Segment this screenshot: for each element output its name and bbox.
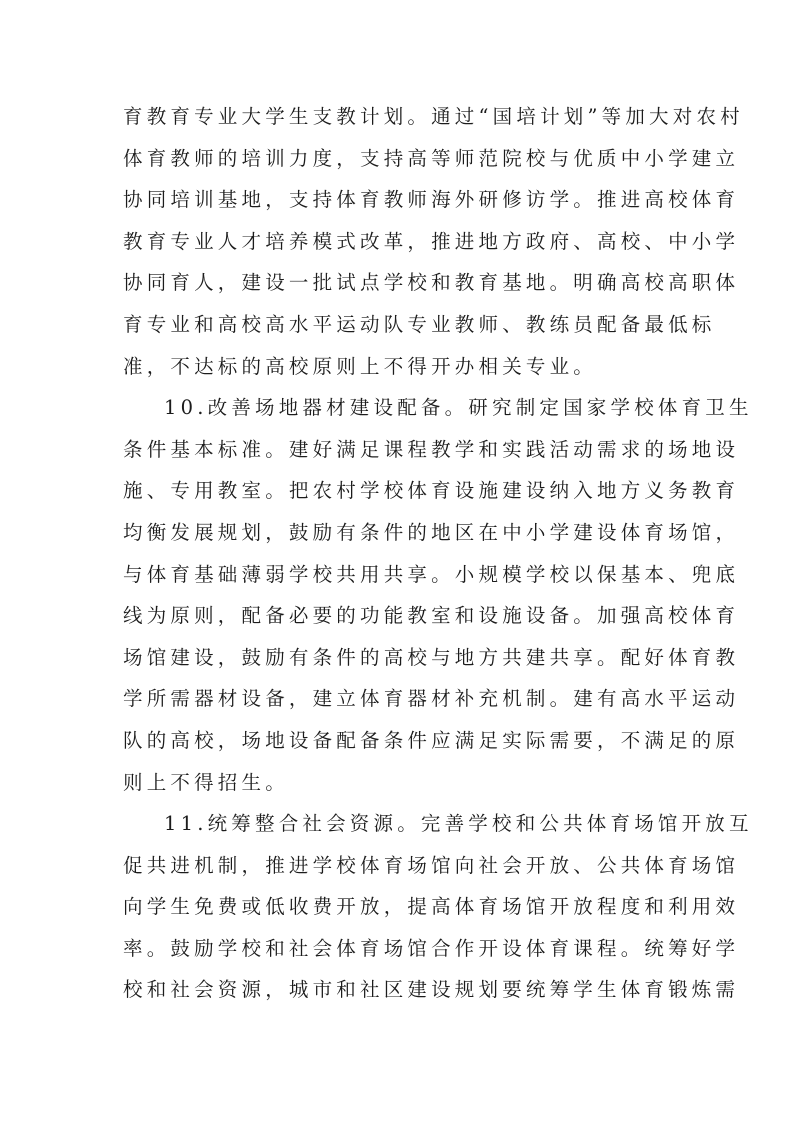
text-line: 学所需器材设备，建立体育器材补充机制。建有高水平运动 (123, 678, 675, 720)
text-line: 向学生免费或低收费开放，提高体育场馆开放程度和利用效 (123, 886, 675, 928)
text-line: 场馆建设，鼓励有条件的高校与地方共建共享。配好体育教 (123, 637, 675, 679)
text-line: 育专业和高校高水平运动队专业教师、教练员配备最低标 (123, 304, 675, 346)
text-line: 线为原则，配备必要的功能教室和设施设备。加强高校体育 (123, 595, 675, 637)
text-line: 教育专业人才培养模式改革，推进地方政府、高校、中小学 (123, 221, 675, 263)
text-line: 校和社会资源，城市和社区建设规划要统筹学生体育锻炼需 (123, 969, 675, 1011)
text-line: 队的高校，场地设备配备条件应满足实际需要，不满足的原 (123, 720, 675, 762)
text-line: 育教育专业大学生支教计划。通过“国培计划”等加大对农村 (123, 96, 675, 138)
text-line: 条件基本标准。建好满足课程教学和实践活动需求的场地设 (123, 429, 675, 471)
item-heading-line: 10.改善场地器材建设配备。研究制定国家学校体育卫生 (123, 387, 675, 429)
item-heading-line: 11.统筹整合社会资源。完善学校和公共体育场馆开放互 (123, 803, 675, 845)
paragraph-continued: 育教育专业大学生支教计划。通过“国培计划”等加大对农村 体育教师的培训力度，支持… (123, 96, 675, 387)
paragraph-item-10: 10.改善场地器材建设配备。研究制定国家学校体育卫生 条件基本标准。建好满足课程… (123, 387, 675, 803)
text-line: 则上不得招生。 (123, 762, 675, 804)
document-page: 育教育专业大学生支教计划。通过“国培计划”等加大对农村 体育教师的培训力度，支持… (123, 96, 675, 1011)
text-line: 均衡发展规划，鼓励有条件的地区在中小学建设体育场馆， (123, 512, 675, 554)
text-line: 协同培训基地，支持体育教师海外研修访学。推进高校体育 (123, 179, 675, 221)
text-line: 体育教师的培训力度，支持高等师范院校与优质中小学建立 (123, 138, 675, 180)
text-line: 与体育基础薄弱学校共用共享。小规模学校以保基本、兜底 (123, 554, 675, 596)
text-line: 促共进机制，推进学校体育场馆向社会开放、公共体育场馆 (123, 845, 675, 887)
text-line: 率。鼓励学校和社会体育场馆合作开设体育课程。统筹好学 (123, 928, 675, 970)
text-line: 施、专用教室。把农村学校体育设施建设纳入地方义务教育 (123, 470, 675, 512)
paragraph-item-11: 11.统筹整合社会资源。完善学校和公共体育场馆开放互 促共进机制，推进学校体育场… (123, 803, 675, 1011)
text-line: 准，不达标的高校原则上不得开办相关专业。 (123, 346, 675, 388)
text-line: 协同育人，建设一批试点学校和教育基地。明确高校高职体 (123, 262, 675, 304)
